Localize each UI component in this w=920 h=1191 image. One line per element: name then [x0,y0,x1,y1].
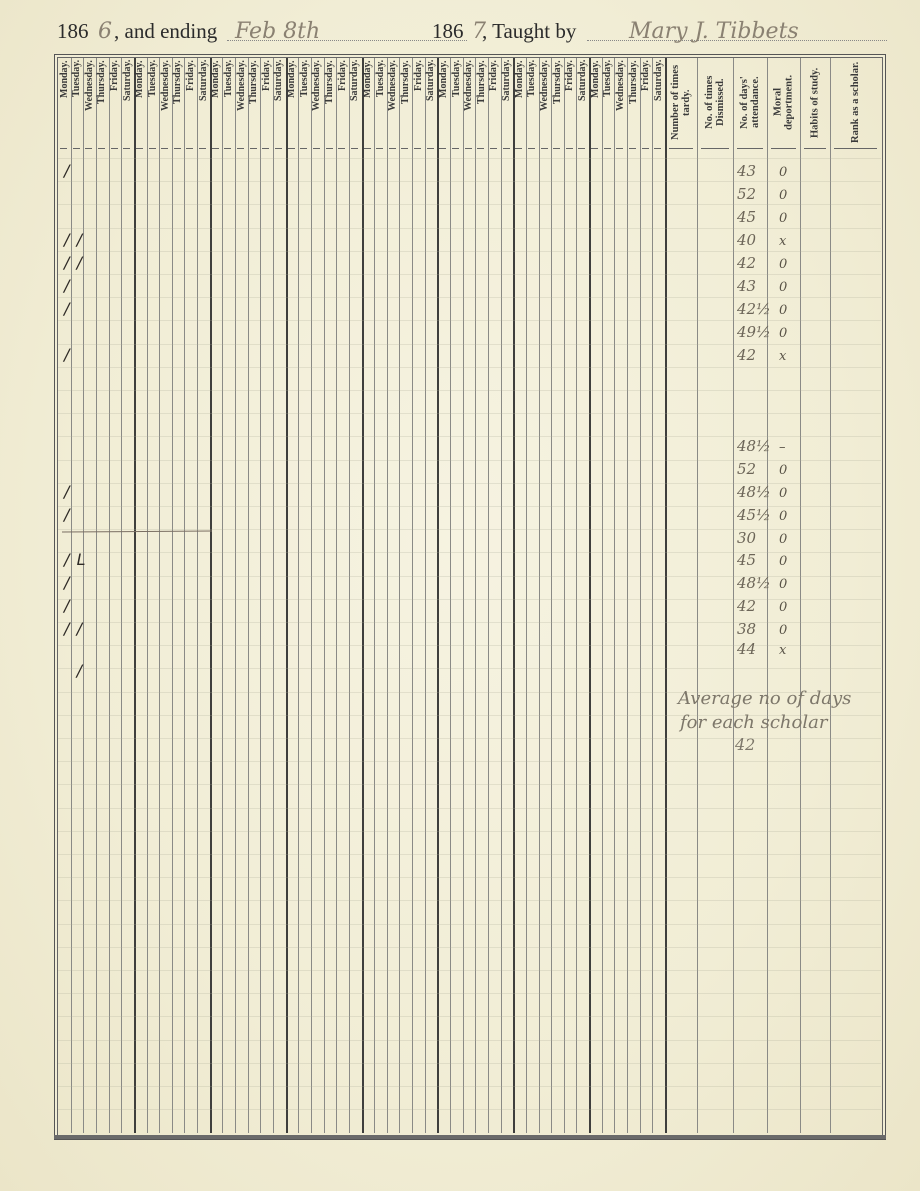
moral-deportment-cell: x [779,348,786,366]
days-attendance-cell: 45 [737,208,756,226]
days-attendance-cell: 30 [737,529,756,547]
summary-column-header: No. of days' attendance. [733,60,767,145]
day-column-header: Thursday. [96,60,108,145]
day-divider [96,58,97,1133]
day-column-header: Wednesday. [615,60,627,145]
day-divider [526,58,527,1133]
attendance-mark: / [64,300,69,318]
summary-column-header: No. of times Dismissed. [697,60,733,145]
header-underline [364,148,371,149]
taught-by-label: , Taught by [482,19,576,44]
day-column-header: Saturday. [349,60,361,145]
day-divider [184,58,185,1133]
header-underline [300,148,307,149]
days-attendance-cell: 48½ [737,574,771,592]
day-divider [248,58,249,1133]
days-attendance-cell: 49½ [737,323,771,341]
header-underline [414,148,421,149]
day-divider [147,58,148,1133]
day-column-header: Monday. [134,60,146,145]
day-divider [539,58,540,1133]
header-underline [490,148,497,149]
attendance-mark: / [77,662,82,680]
day-column-header: Wednesday. [84,60,96,145]
moral-deportment-cell: x [779,233,786,251]
summary-column-header: Habits of study. [800,60,830,145]
day-divider [425,58,426,1133]
day-divider [172,58,173,1133]
days-attendance-cell: 45 [737,551,756,569]
day-column-header: Monday. [590,60,602,145]
attendance-mark: / [77,254,82,272]
day-column-header: Wednesday. [160,60,172,145]
day-divider [652,58,653,1133]
day-divider [387,58,388,1133]
ruled-row-line [58,622,881,623]
day-divider [501,58,502,1133]
day-divider [159,58,160,1133]
day-divider [222,58,223,1133]
ruled-row-line [58,970,881,971]
attendance-mark: / [64,506,69,524]
day-divider [602,58,603,1133]
header-underline [250,148,257,149]
ruled-row-line [58,993,881,994]
day-divider [564,58,565,1133]
attendance-table-frame [54,54,886,1140]
header-underline [288,148,295,149]
week-divider [513,58,515,1133]
attendance-mark: / [64,483,69,501]
day-column-header: Monday. [286,60,298,145]
header-underline [85,148,92,149]
average-note-line-1: Average no of days [678,688,851,710]
attendance-mark: / [64,574,69,592]
ruled-row-line [58,158,881,159]
moral-deportment-cell: 0 [779,531,787,549]
ruled-row-line [58,320,881,321]
day-column-header: Saturday. [122,60,134,145]
header-underline [465,148,472,149]
header-underline [136,148,143,149]
summary-divider [830,58,831,1133]
header-underline [262,148,269,149]
attendance-mark: / [64,551,69,569]
header-underline [701,148,729,149]
day-divider [576,58,577,1133]
day-column-header: Tuesday. [299,60,311,145]
attendance-mark: / [77,231,82,249]
day-divider [83,58,84,1133]
ruled-row-line [58,645,881,646]
day-column-header: Tuesday. [526,60,538,145]
days-attendance-cell: 38 [737,620,756,638]
header-underline [515,148,522,149]
moral-deportment-cell: 0 [779,187,787,205]
day-divider [349,58,350,1133]
ruled-row-line [58,344,881,345]
days-attendance-cell: 42 [737,254,756,272]
day-column-header: Monday. [59,60,71,145]
summary-divider [767,58,768,1133]
day-column-header: Saturday. [653,60,665,145]
header-underline [528,148,535,149]
header-underline [111,148,118,149]
ruled-row-line [58,831,881,832]
days-attendance-cell: 52 [737,185,756,203]
header-underline [161,148,168,149]
and-ending-label: , and ending [114,19,217,44]
day-column-header: Thursday. [324,60,336,145]
day-divider [121,58,122,1133]
day-divider [273,58,274,1133]
summary-column-header: Number of times tardy. [665,60,697,145]
ruled-row-line [58,367,881,368]
summary-divider [800,58,801,1133]
moral-deportment-cell: 0 [779,210,787,228]
header-underline [275,148,282,149]
header-underline [427,148,434,149]
week-divider [589,58,591,1133]
ruled-row-line [58,599,881,600]
ruled-row-line [58,761,881,762]
ruled-row-line [58,1040,881,1041]
ruled-row-line [58,924,881,925]
header-underline [804,148,826,149]
week-divider [437,58,439,1133]
moral-deportment-cell: 0 [779,576,787,594]
header-underline [376,148,383,149]
ruled-row-line [58,900,881,901]
day-column-header: Tuesday. [375,60,387,145]
header-underline [313,148,320,149]
average-note-value: 42 [735,734,755,756]
ruled-row-line [58,204,881,205]
day-divider [463,58,464,1133]
attendance-mark: L [77,551,86,569]
day-divider [109,58,110,1133]
day-column-header: Thursday. [476,60,488,145]
header-underline [452,148,459,149]
day-divider [374,58,375,1133]
day-column-header: Friday. [640,60,652,145]
day-column-header: Tuesday. [602,60,614,145]
day-column-header: Friday. [488,60,500,145]
header-underline [98,148,105,149]
header-underline [338,148,345,149]
header-underline [616,148,623,149]
days-attendance-cell: 42 [737,346,756,364]
moral-deportment-cell: 0 [779,599,787,617]
day-column-header: Friday. [337,60,349,145]
day-divider [336,58,337,1133]
day-divider [399,58,400,1133]
ruled-row-line [58,274,881,275]
ruled-row-line [58,808,881,809]
header-underline [123,148,130,149]
header-underline [326,148,333,149]
header-underline [771,148,796,149]
week-divider [134,58,136,1133]
days-attendance-cell: 48½ [737,437,771,455]
header-underline [669,148,693,149]
days-attendance-cell: 43 [737,162,756,180]
year-start-digit: 6 [98,19,112,44]
header-underline [351,148,358,149]
ruled-row-line [58,877,881,878]
year-start-prefix: 186 [57,19,89,44]
day-divider [197,58,198,1133]
header-underline [578,148,585,149]
day-column-header: Saturday. [425,60,437,145]
day-column-header: Tuesday. [71,60,83,145]
header-underline [199,148,206,149]
day-divider [71,58,72,1133]
week-divider [362,58,364,1133]
day-column-header: Thursday. [552,60,564,145]
day-column-header: Tuesday. [147,60,159,145]
ruled-row-line [58,181,881,182]
week-divider [286,58,288,1133]
moral-deportment-cell: 0 [779,462,787,480]
summary-divider [697,58,698,1133]
table-bottom-border [54,1135,886,1139]
ruled-row-line [58,460,881,461]
register-title-line: 186 6 , and ending Feb 8th 186 7 , Taugh… [57,14,887,50]
summary-column-header: Moral deportment. [767,60,800,145]
ruled-row-line [58,668,881,669]
ruled-row-line [58,1063,881,1064]
ruled-row-line [58,1109,881,1110]
ruled-row-line [58,251,881,252]
day-column-header: Monday. [362,60,374,145]
day-column-header: Wednesday. [539,60,551,145]
day-column-header: Saturday. [577,60,589,145]
ruled-row-line [58,413,881,414]
ruled-row-line [58,390,881,391]
days-attendance-cell: 48½ [737,483,771,501]
header-underline [553,148,560,149]
days-attendance-cell: 44 [737,640,756,658]
ruled-row-line [58,854,881,855]
day-divider [311,58,312,1133]
day-divider [475,58,476,1133]
days-attendance-cell: 43 [737,277,756,295]
day-column-header: Saturday. [273,60,285,145]
header-underline [186,148,193,149]
attendance-mark: / [64,346,69,364]
days-attendance-cell: 40 [737,231,756,249]
day-column-header: Wednesday. [387,60,399,145]
day-column-header: Thursday. [248,60,260,145]
ruled-row-line [58,552,881,553]
ruled-row-line [58,947,881,948]
day-divider [235,58,236,1133]
moral-deportment-cell: 0 [779,485,787,503]
header-underline [224,148,231,149]
summary-divider [733,58,734,1133]
day-column-header: Tuesday. [451,60,463,145]
header-underline [60,148,67,149]
summary-column-header: Rank as a scholar. [830,60,881,145]
day-column-header: Tuesday. [223,60,235,145]
ruled-row-line [58,1016,881,1017]
header-underline [174,148,181,149]
header-underline [737,148,763,149]
ruled-row-line [58,784,881,785]
header-underline [654,148,661,149]
header-underline [591,148,598,149]
day-divider [640,58,641,1133]
attendance-mark: / [64,162,69,180]
summary-divider [665,58,667,1133]
day-column-header: Thursday. [628,60,640,145]
day-column-header: Thursday. [400,60,412,145]
day-column-header: Monday. [514,60,526,145]
day-column-header: Monday. [210,60,222,145]
ruled-row-line [58,228,881,229]
year-end-prefix: 186 [432,19,464,44]
day-divider [412,58,413,1133]
header-underline [541,148,548,149]
ruled-row-line [58,1086,881,1087]
days-attendance-cell: 45½ [737,506,771,524]
attendance-mark: / [64,597,69,615]
ruled-row-line [58,738,881,739]
day-divider [324,58,325,1133]
header-underline [212,148,219,149]
days-attendance-cell: 42½ [737,300,771,318]
day-divider [450,58,451,1133]
day-column-header: Saturday. [198,60,210,145]
teacher-name-field[interactable]: Mary J. Tibbets [629,19,799,44]
header-underline [149,148,156,149]
moral-deportment-cell: 0 [779,553,787,571]
average-note-line-2: for each scholar [680,712,827,734]
day-divider [488,58,489,1133]
day-column-header: Friday. [261,60,273,145]
day-column-header: Friday. [109,60,121,145]
day-column-header: Wednesday. [463,60,475,145]
moral-deportment-cell: x [779,642,786,660]
header-underline [503,148,510,149]
header-underline [73,148,80,149]
day-column-header: Friday. [185,60,197,145]
day-column-header: Wednesday. [236,60,248,145]
day-divider [614,58,615,1133]
header-underline [834,148,877,149]
header-underline [389,148,396,149]
day-column-header: Friday. [564,60,576,145]
moral-deportment-cell: 0 [779,256,787,274]
day-column-header: Thursday. [172,60,184,145]
attendance-mark: / [64,231,69,249]
day-column-header: Saturday. [501,60,513,145]
day-column-header: Friday. [413,60,425,145]
header-underline [237,148,244,149]
header-underline [439,148,446,149]
week-divider [210,58,212,1133]
moral-deportment-cell: 0 [779,508,787,526]
moral-deportment-cell: 0 [779,279,787,297]
day-divider [551,58,552,1133]
moral-deportment-cell: 0 [779,164,787,182]
day-divider [260,58,261,1133]
header-underline [629,148,636,149]
moral-deportment-cell: 0 [779,302,787,320]
header-underline [604,148,611,149]
header-underline [401,148,408,149]
moral-deportment-cell: 0 [779,325,787,343]
attendance-mark: / [77,620,82,638]
header-underline [642,148,649,149]
days-attendance-cell: 42 [737,597,756,615]
attendance-mark: / [64,254,69,272]
header-underline [477,148,484,149]
day-divider [627,58,628,1133]
moral-deportment-cell: 0 [779,622,787,640]
day-column-header: Monday. [438,60,450,145]
end-date-field[interactable]: Feb 8th [235,19,320,44]
header-underline [566,148,573,149]
attendance-mark: / [64,277,69,295]
ruled-row-line [58,297,881,298]
day-divider [298,58,299,1133]
days-attendance-cell: 52 [737,460,756,478]
day-column-header: Wednesday. [311,60,323,145]
moral-deportment-cell: – [779,439,786,457]
attendance-mark: / [64,620,69,638]
